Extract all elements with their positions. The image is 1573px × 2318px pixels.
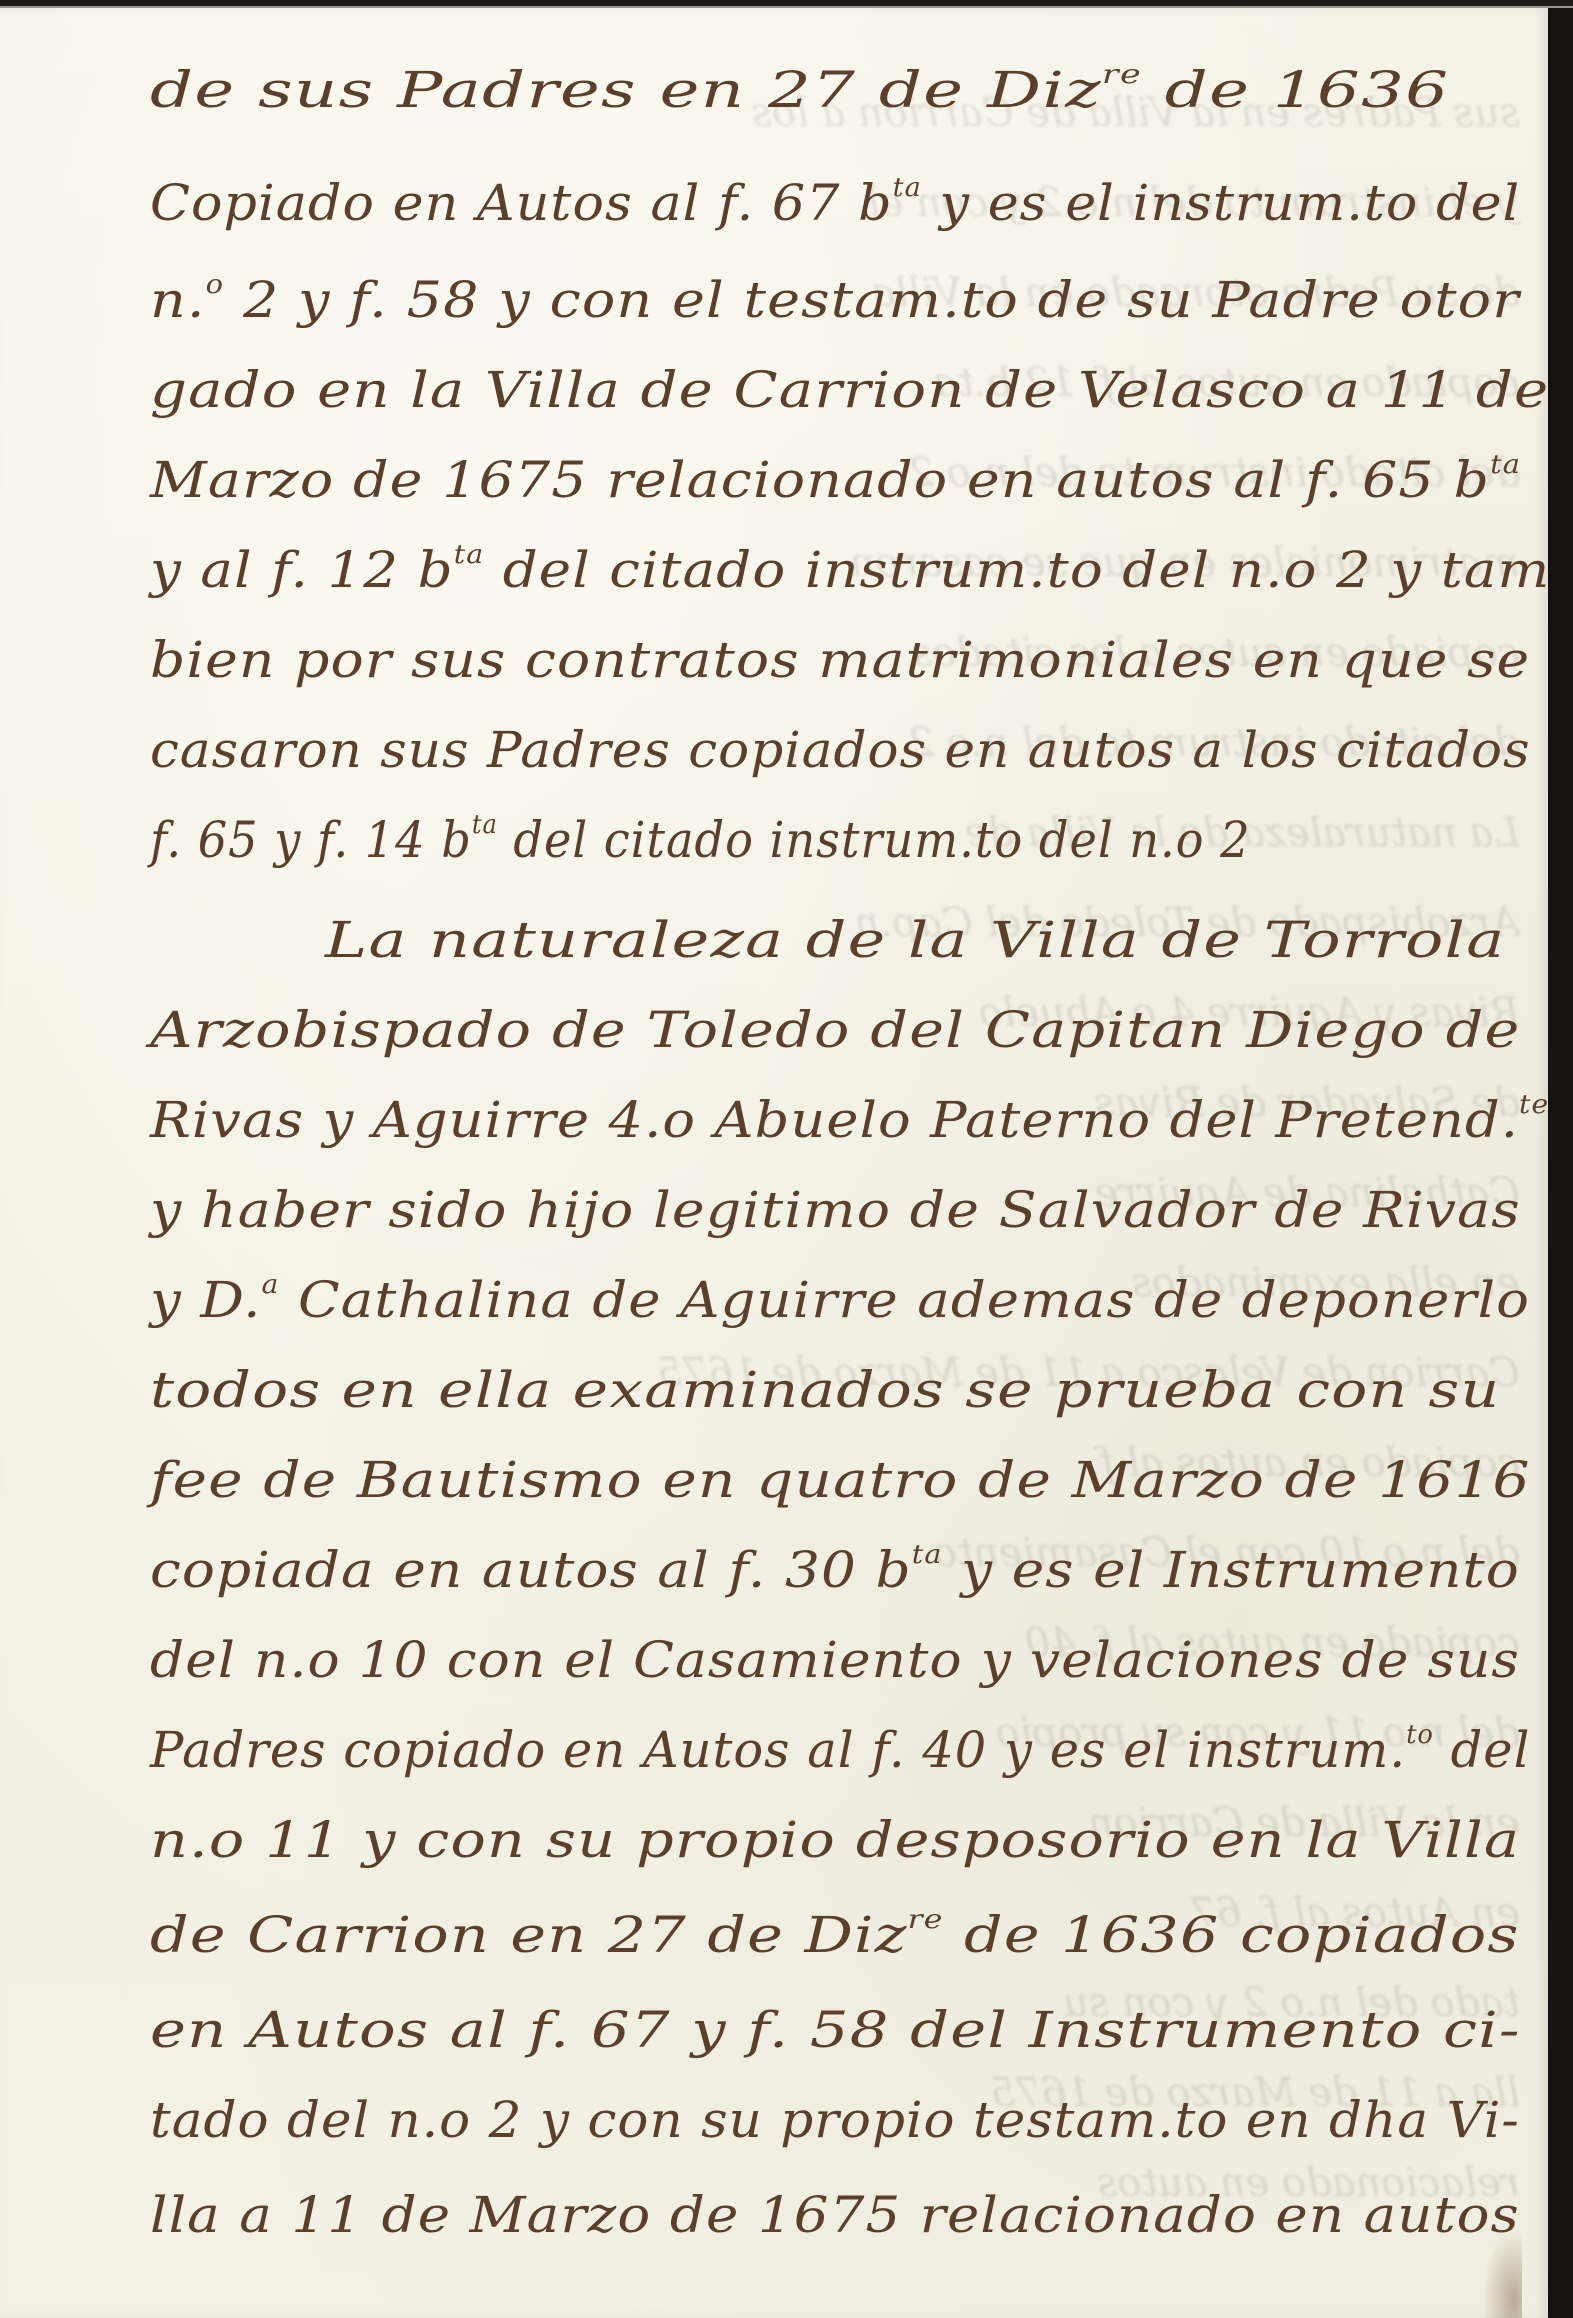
ink-stain [1482,2228,1522,2318]
scan-right-border [1548,0,1573,2318]
superscript-abbreviation: ta [912,1540,943,1570]
manuscript-line: todos en ella examinados se prueba con s… [150,1360,1500,1420]
line-text: y D. [150,1271,262,1329]
line-text-tail: y es el instrum.to del [922,174,1520,232]
line-text: gado en la Villa de Carrion de Velasco a… [150,361,1549,419]
manuscript-line: en Autos al f. 67 y f. 58 del Instrument… [150,2000,1521,2060]
line-text: copiada en autos al f. 30 b [150,1541,912,1599]
line-text: Rivas y Aguirre 4.o Abuelo Paterno del P… [150,1091,1519,1149]
line-text: todos en ella examinados se prueba con s… [150,1361,1500,1419]
line-text: Marzo de 1675 relacionado en autos al f.… [150,451,1490,509]
line-text: de Carrion en 27 de Diz [150,1906,908,1964]
manuscript-line: del n.o 10 con el Casamiento y velacione… [150,1630,1520,1690]
manuscript-line: Rivas y Aguirre 4.o Abuelo Paterno del P… [150,1090,1549,1150]
manuscript-line: fee de Bautismo en quatro de Marzo de 16… [150,1450,1531,1510]
superscript-abbreviation: a [262,1270,280,1300]
manuscript-line: y al f. 12 bta del citado instrum.to del… [150,540,1550,600]
superscript-abbreviation: re [1102,60,1142,90]
line-text: La naturaleza de la Villa de Torrola [325,911,1505,969]
manuscript-line: y D.a Cathalina de Aguirre ademas de dep… [150,1270,1530,1330]
manuscript-line: bien por sus contratos matrimoniales en … [150,630,1530,690]
manuscript-line: y haber sido hijo legitimo de Salvador d… [150,1180,1521,1240]
line-text-tail: de 1636 [1142,61,1449,119]
manuscript-line: La naturaleza de la Villa de Torrola [325,910,1505,970]
line-text: casaron sus Padres copiados en autos a l… [150,721,1531,779]
manuscript-line: copiada en autos al f. 30 bta y es el In… [150,1540,1520,1600]
manuscript-line: Padres copiado en Autos al f. 40 y es el… [150,1720,1530,1780]
line-text: fee de Bautismo en quatro de Marzo de 16… [150,1451,1531,1509]
line-text: del n.o 10 con el Casamiento y velacione… [150,1631,1520,1689]
line-text: Padres copiado en Autos al f. 40 y es el… [150,1721,1406,1779]
superscript-abbreviation: ta [893,173,922,203]
line-text: n.o 11 y con su propio desposorio en la … [150,1811,1520,1869]
line-text: y haber sido hijo legitimo de Salvador d… [150,1181,1521,1239]
superscript-abbreviation: re [908,1905,944,1935]
superscript-abbreviation: o [206,270,225,300]
line-text-tail: de 1636 copiados [944,1906,1520,1964]
superscript-abbreviation: to [1406,1720,1434,1750]
manuscript-line: Marzo de 1675 relacionado en autos al f.… [150,450,1521,510]
manuscript-line: n.o 11 y con su propio desposorio en la … [150,1810,1520,1870]
line-text: bien por sus contratos matrimoniales en … [150,631,1530,689]
manuscript-line: de sus Padres en 27 de Dizre de 1636 [150,60,1449,120]
line-text: n. [150,271,206,329]
line-text-tail: y es el Instrumento [942,1541,1519,1599]
manuscript-page: sus Padres en la Villa de Carrion a losy… [0,8,1548,2318]
line-text: y al f. 12 b [150,541,454,599]
line-text: lla a 11 de Marzo de 1675 relacionado en… [150,2186,1520,2244]
manuscript-line: tado del n.o 2 y con su propio testam.to… [150,2090,1520,2150]
superscript-abbreviation: ta [454,540,485,570]
line-text: Copiado en Autos al f. 67 b [150,174,893,232]
manuscript-line: gado en la Villa de Carrion de Velasco a… [150,360,1549,420]
manuscript-line: Arzobispado de Toledo del Capitan Diego … [150,1000,1520,1060]
manuscript-line: n.o 2 y f. 58 y con el testam.to de su P… [150,270,1520,330]
line-text-tail: del citado instrum.to del n.o 2 [498,811,1251,869]
line-text-tail: 2 y f. 58 y con el testam.to de su Padre… [224,271,1520,329]
line-text-tail: del [1434,1721,1531,1779]
line-text: f. 65 y f. 14 b [150,811,472,869]
manuscript-line: f. 65 y f. 14 bta del citado instrum.to … [150,810,1251,870]
line-text: en Autos al f. 67 y f. 58 del Instrument… [150,2001,1521,2059]
line-text-tail: del citado instrum.to del n.o 2 y tam [484,541,1550,599]
superscript-abbreviation: ta [1490,450,1521,480]
superscript-abbreviation: te [1519,1090,1549,1120]
line-text-tail: Cathalina de Aguirre ademas de deponerlo [280,1271,1530,1329]
manuscript-line: Copiado en Autos al f. 67 bta y es el in… [150,173,1520,233]
superscript-abbreviation: ta [472,810,498,840]
line-text: Arzobispado de Toledo del Capitan Diego … [150,1001,1520,1059]
scan-top-border [0,0,1573,8]
manuscript-line: de Carrion en 27 de Dizre de 1636 copiad… [150,1905,1520,1965]
manuscript-line: lla a 11 de Marzo de 1675 relacionado en… [150,2185,1520,2245]
line-text: de sus Padres en 27 de Diz [150,61,1102,119]
manuscript-line: casaron sus Padres copiados en autos a l… [150,720,1531,780]
line-text: tado del n.o 2 y con su propio testam.to… [150,2091,1520,2149]
